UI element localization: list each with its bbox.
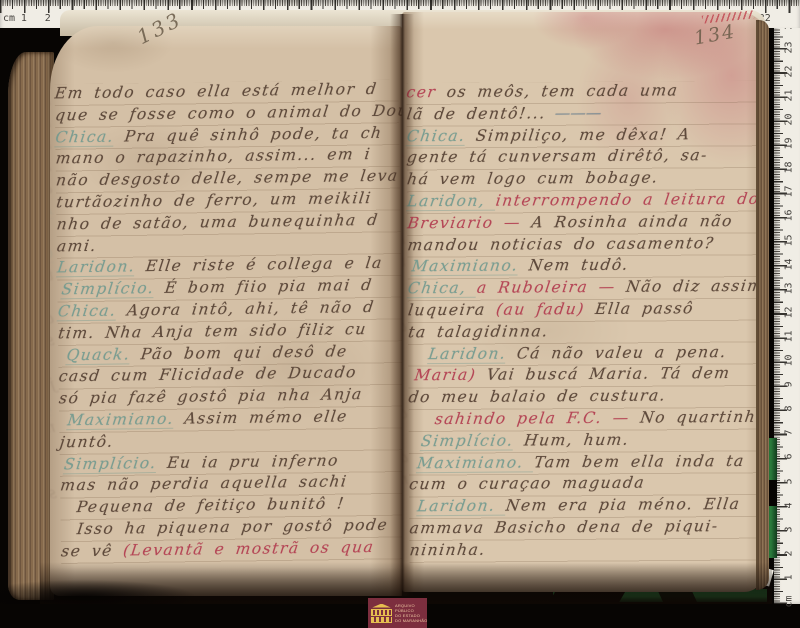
manuscript-line: ammava Basicho dena de piqui- [408,517,720,541]
manuscript-text-segment: Nem tudô. [517,256,630,275]
manuscript-text-segment: Em todo caso ella está melhor d [54,80,379,103]
manuscript-line: só pia fazê gostô pia nha Anja [50,331,56,357]
manuscript-text-segment: Maximiano. [416,453,536,473]
book-corner-shadow [0,570,210,604]
logo-text-line: DO MARANHÃO [395,618,427,623]
manuscript-text-segment: Simplício. [60,279,155,299]
open-manuscript-book: Em todo caso ella está melhor dque se fo… [0,0,800,628]
manuscript-text-segment: Ella passô [594,299,695,318]
manuscript-line: não desgosto delle, sempe me leva [50,113,53,140]
manuscript-line: se vê (Levantã e mostrã os qua [60,538,376,564]
manuscript-text-segment: Pão bom qui desô de [129,342,348,363]
manuscript-text-segment: nininha. [409,541,487,560]
manuscript-text-segment: Simplício. [420,431,515,451]
manuscript-text-segment: juntô. [50,375,56,394]
manuscript-text-segment: Laridon. [50,200,54,220]
manuscript-line: Simplício. Hum, hum. [419,431,630,454]
manuscript-text-segment: Laridon, [406,192,497,212]
manuscript-text-segment: Breviario — [406,213,532,232]
manuscript-text-segment: Nem era pia méno. Ella [505,495,742,515]
manuscript-line: Chica. Simpiliço, me dêxa! A [405,125,692,149]
page-stack-right-edge [756,20,769,590]
manuscript-text-segment: Maria) [413,366,488,385]
manuscript-text-segment: Laridon. [56,258,136,278]
manuscript-line: mandou noticias do casamento? [406,234,716,258]
manuscript-text-segment: Agora intô, ahi, tê não d [115,298,375,320]
manuscript-line: luqueira (au fadu) Ella passô [406,299,695,323]
manuscript-text-segment: É bom fiio pia mai d [153,276,374,297]
left-page-text: Em todo caso ella está melhor dque se fo… [55,80,402,585]
manuscript-text-segment: Chica, [407,279,479,299]
manuscript-text-segment: Chica. [54,127,115,147]
manuscript-line: tim. Nha Anja tem sido filiz cu [50,266,55,292]
right-page: cer os meôs, tem cada umalã de dentô!...… [402,12,768,592]
manuscript-text-segment: Cá não valeu a pena. [505,343,728,363]
manuscript-text-segment: Laridon. [416,497,507,517]
manuscript-text-segment: casd cum Flicidade de Ducado [58,364,358,386]
manuscript-text-segment: lã de dentô!... [406,104,548,123]
manuscript-line: Maximiano. Nem tudô. [410,256,630,279]
manuscript-line: sahindo pela F.C. — No quartinho? [433,408,768,432]
manuscript-text-segment: mano o rapazinho, assim... em i [50,91,52,113]
manuscript-text-segment: Chica. [50,244,54,264]
manuscript-text-segment: Elle riste é collega e la [134,254,384,275]
manuscript-text-segment: não desgosto delle, sempe me leva [55,167,400,190]
book-gutter [390,14,414,596]
manuscript-text-segment: Não diz assim [625,277,765,296]
manuscript-line: cer os meôs, tem cada uma [405,81,680,105]
manuscript-text-segment: mano o rapazinho, assim... em i [55,145,373,167]
manuscript-text-segment: Vai buscá Maria. Tá dem [486,364,732,384]
manuscript-line: lã de dentô!... ——— [405,104,603,127]
manuscript-line: há vem logo cum bobage. [405,169,659,193]
manuscript-text-segment: há vem logo cum bobage. [406,169,660,189]
manuscript-text-segment: Simplício. [50,397,53,417]
manuscript-line: Laridon. Elle riste é collega e la [50,200,54,226]
manuscript-line: Maximiano. Assim mémo elle [66,407,349,433]
manuscript-text-segment: Em todo caso ella está melhor d [50,26,51,48]
manuscript-text-segment: gente tá cunversam dirêtô, sa- [406,147,709,167]
manuscript-text-segment: Laridon. [427,344,508,364]
manuscript-text-segment: nho de satão, uma bunequinha d [50,157,53,179]
manuscript-line: ami. [50,179,54,201]
manuscript-line: Laridon, interrompendo a leitura do — [406,190,768,214]
manuscript-text-segment: turtãozinho de ferro, um meikili [50,135,53,157]
manuscript-text-segment: que se fosse como o animal do Dou [54,101,402,124]
manuscript-line: Maria) Vai buscá Maria. Tá dem [413,364,732,388]
manuscript-text-segment: do meu balaio de custura. [408,387,668,407]
manuscript-text-segment: Quack. [65,345,131,365]
manuscript-line: se vê (Levantã e mostrã os qua [50,484,58,510]
manuscript-text-segment: mas não perdia aquella sachi [50,418,57,440]
manuscript-line: ta talagidinna. [407,322,550,345]
manuscript-text-segment: ami. [50,179,53,198]
manuscript-text-segment: Isso ha piquena por gostô pode [76,516,389,538]
left-page: Em todo caso ella está melhor dque se fo… [50,26,402,596]
manuscript-text-segment: a Ruboleira — [476,278,628,297]
manuscript-line: Maximiano. Tam bem ella inda ta [415,451,745,475]
manuscript-text-segment: juntô. [59,432,115,451]
manuscript-line: Laridon. Nem era pia méno. Ella [416,495,742,519]
manuscript-line: Em todo caso ella está melhor d [50,26,52,52]
manuscript-text-segment: Maximiano. [410,257,519,277]
manuscript-text-segment: se vê [60,541,124,560]
manuscript-text-segment: os meôs, tem cada uma [435,81,680,101]
manuscript-line: nho de satão, uma bunequinha d [55,211,380,237]
manuscript-text-segment: luqueira [407,301,497,320]
right-page-text: cer os meôs, tem cada umalã de dentô!...… [406,81,768,584]
manuscript-text-segment: Pra quê sinhô pode, ta ch [113,123,384,145]
archive-logo-text: ARQUIVO PÚBLICO DO ESTADO DO MARANHÃO [395,603,427,623]
manuscript-text-segment: casd cum Flicidade de Ducado [50,309,55,331]
manuscript-text-segment: ta talagidinna. [407,322,550,341]
manuscript-line: ami. [55,236,98,258]
manuscript-text-segment: Tam bem ella inda ta [533,451,746,470]
manuscript-text-segment: (Levantã e mostrã os qua [122,538,375,560]
manuscript-text-segment: ammava Basicho dena de piqui- [408,517,719,537]
manuscript-line: turtãozinho de ferro, um meikili [50,135,53,161]
manuscript-text-segment: só pia fazê gostô pia nha Anja [50,331,56,353]
manuscript-line: do meu balaio de custura. [407,387,667,411]
manuscript-text-segment: Eu ia pru inferno [156,451,340,472]
manuscript-text-segment: Pequena de feitiço bunitô ! [76,495,346,517]
manuscript-text-segment: tim. Nha Anja tem sido filiz cu [57,320,368,342]
manuscript-line: nininha. [408,541,487,563]
photograph-stage: cm12345678910111213141516171819202122232… [0,0,800,628]
manuscript-text-segment: (au fadu) [495,300,596,319]
manuscript-text-segment: sahindo pela F.C. — [434,409,642,428]
manuscript-line: mano o rapazinho, assim... em i [50,91,53,117]
manuscript-line: gente tá cunversam dirêtô, sa- [405,147,709,171]
manuscript-text-segment: ——— [545,104,603,122]
manuscript-text-segment: se vê [50,484,58,503]
manuscript-line: Breviario — A Rosinha ainda não [406,212,734,236]
manuscript-line: cum o curaçao maguada [408,474,647,497]
manuscript-text-segment: Simplício. [63,454,158,474]
manuscript-text-segment: não desgosto delle, sempe me leva [50,113,52,136]
manuscript-text-segment: Simpiliço, me dêxa! A [464,125,691,145]
manuscript-text-segment: interrompendo a leitura do — [495,190,768,210]
manuscript-text-segment: Assim mémo elle [173,407,349,427]
manuscript-text-segment: No quartinho? [639,408,768,427]
manuscript-line: Chica, a Ruboleira — Não diz assim [406,277,764,301]
manuscript-text-segment: cum o curaçao maguada [408,474,646,494]
manuscript-line: juntô. [58,432,115,455]
manuscript-line: juntô. [50,375,57,398]
manuscript-text-segment: Chica. [406,126,467,145]
manuscript-text-segment: tim. Nha Anja tem sido filiz cu [50,266,55,288]
manuscript-text-segment: só pia fazê gostô pia nha Anja [58,385,364,407]
manuscript-text-segment: Maximiano. [66,410,175,431]
manuscript-text-segment: Hum, hum. [513,431,631,450]
archive-logo: ARQUIVO PÚBLICO DO ESTADO DO MARANHÃO [368,598,427,628]
manuscript-text-segment: turtãozinho de ferro, um meikili [55,189,373,211]
manuscript-text-segment: mandou noticias do casamento? [406,234,715,254]
manuscript-text-segment: nho de satão, uma bunequinha d [56,211,380,234]
page-stack-left-edge [8,52,54,600]
manuscript-text-segment: Chica. [57,302,118,322]
archive-building-icon [371,604,392,623]
manuscript-text-segment: ami. [56,236,98,255]
manuscript-line: Laridon. Cá não valeu a pena. [427,343,728,367]
manuscript-text-segment: mas não perdia aquella sachi [59,473,348,495]
manuscript-line: mas não perdia aquella sachi [50,418,57,444]
manuscript-text-segment: A Rosinha ainda não [530,212,734,231]
